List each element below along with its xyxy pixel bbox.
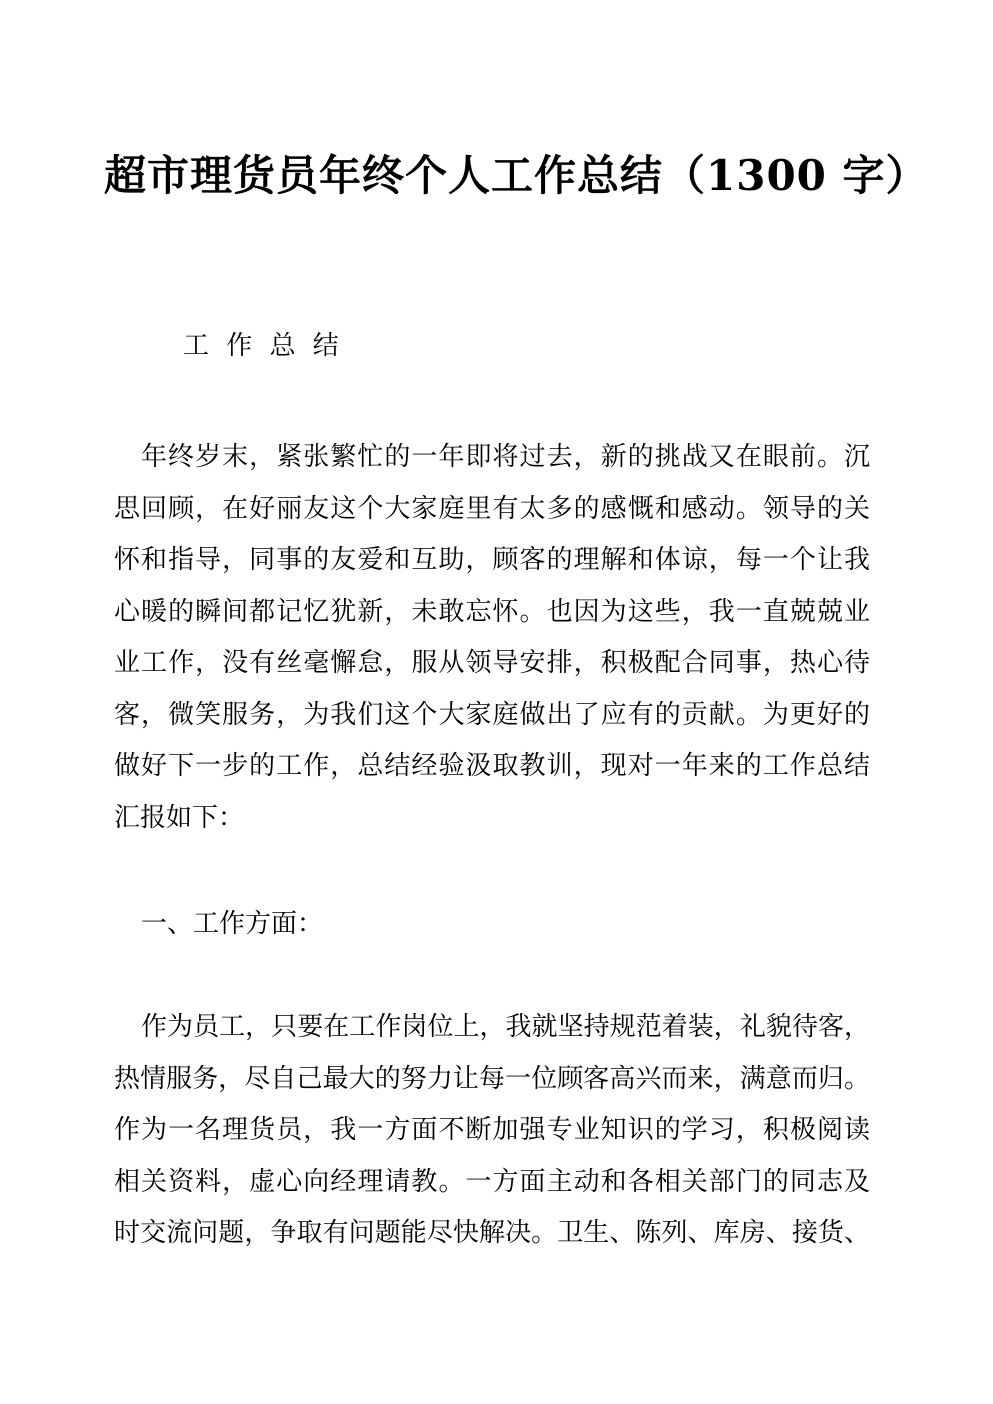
text-line: 作为一名理货员，我一方面不断加强专业知识的学习，积极阅读 (114, 1105, 870, 1157)
document-subtitle: 工 作 总 结 (183, 331, 341, 361)
text-line: 客，微笑服务，为我们这个大家庭做出了应有的贡献。为更好的 (114, 690, 870, 742)
text-line: 作为员工，只要在工作岗位上，我就坚持规范着装，礼貌待客， (114, 1002, 870, 1054)
paragraph-work-details: 作为员工，只要在工作岗位上，我就坚持规范着装，礼貌待客， 热情服务，尽自己最大的… (114, 1002, 870, 1260)
text-line: 思回顾，在好丽友这个大家庭里有太多的感慨和感动。领导的关 (114, 484, 870, 536)
text-line: 业工作，没有丝毫懈怠，服从领导安排，积极配合同事，热心待 (114, 638, 870, 690)
text-line: 热情服务，尽自己最大的努力让每一位顾客高兴而来，满意而归。 (114, 1054, 870, 1106)
text-line: 相关资料，虚心向经理请教。一方面主动和各相关部门的同志及 (114, 1157, 870, 1209)
text-line: 怀和指导，同事的友爱和互助，顾客的理解和体谅，每一个让我 (114, 535, 870, 587)
text-line: 心暖的瞬间都记忆犹新，未敢忘怀。也因为这些，我一直兢兢业 (114, 587, 870, 639)
text-line: 做好下一步的工作，总结经验汲取教训，现对一年来的工作总结 (114, 741, 870, 793)
text-line: 时交流问题，争取有问题能尽快解决。卫生、陈列、库房、接货、 (114, 1208, 870, 1260)
paragraph-intro: 年终岁末，紧张繁忙的一年即将过去，新的挑战又在眼前。沉 思回顾，在好丽友这个大家… (114, 432, 870, 844)
text-line: 汇报如下： (114, 793, 870, 845)
section-heading-work: 一、工作方面： (114, 899, 870, 951)
text-line: 年终岁末，紧张繁忙的一年即将过去，新的挑战又在眼前。沉 (114, 432, 870, 484)
document-title: 超市理货员年终个人工作总结（1300 字） (104, 148, 964, 204)
document-page: 超市理货员年终个人工作总结（1300 字） 工 作 总 结 年终岁末，紧张繁忙的… (0, 0, 993, 1404)
